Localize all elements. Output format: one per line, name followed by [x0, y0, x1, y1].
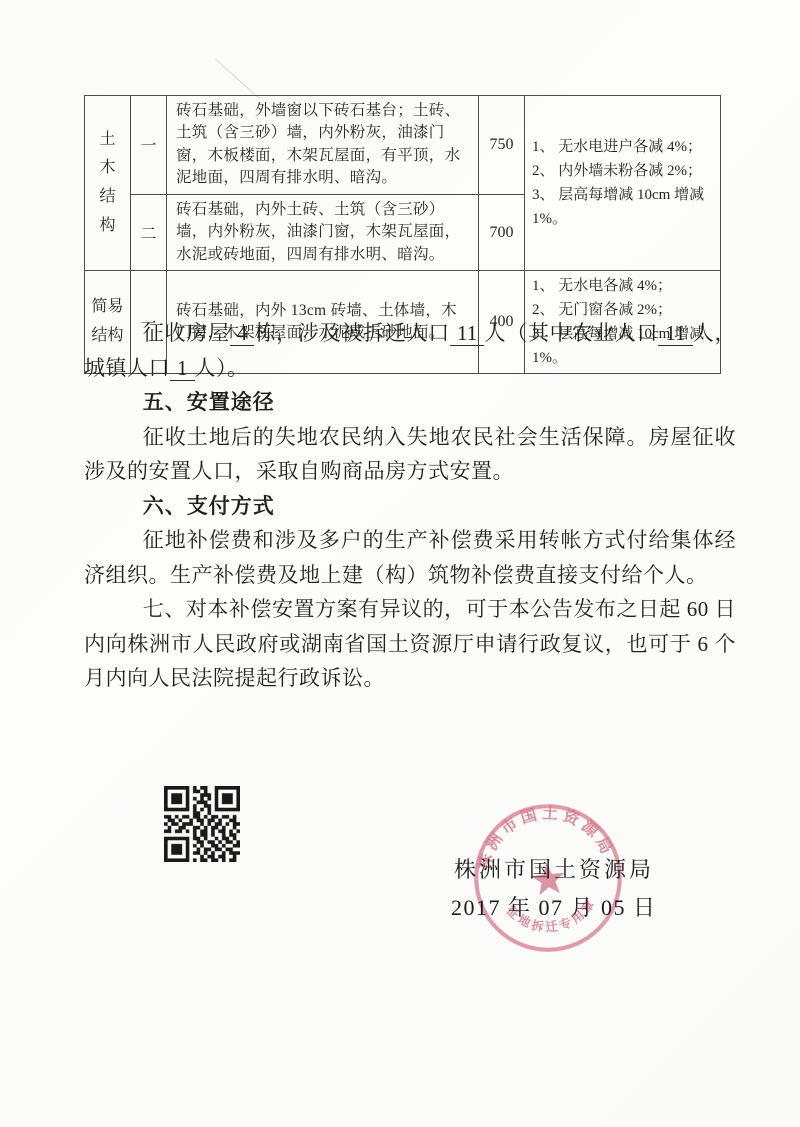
cell-description: 砖石基础，外墙窗以下砖石基台；土砖、土筑（含三砂）墙，内外粉灰，油漆门窗，木板楼…	[167, 96, 479, 195]
cell-category-tumu: 土木结构	[85, 96, 131, 271]
note-line: 2、 内外墙未粉各减 2%；	[532, 159, 713, 183]
qr-code-icon	[164, 786, 240, 862]
scan-crease-artifact	[215, 59, 259, 99]
underlined-number: 1	[170, 356, 195, 381]
paragraph-payment: 征地补偿费和涉及多户的生产补偿费采用转帐方式付给集体经济组织。生产补偿费及地上建…	[84, 523, 736, 592]
document-page: 土木结构 一 砖石基础，外墙窗以下砖石基台；土砖、土筑（含三砂）墙，内外粉灰，油…	[0, 0, 800, 1127]
heading-section-5: 五、安置途径	[84, 385, 736, 420]
seal-bottom-text: 征地拆迁专用章	[502, 894, 601, 939]
underlined-number: 11	[450, 321, 484, 346]
paragraph-resettlement: 征收土地后的失地农民纳入失地农民社会生活保障。房屋征收涉及的安置人口，采取自购商…	[84, 420, 736, 489]
text-segment: 人（其中农业人口	[484, 321, 658, 345]
text-segment: 栋，涉及被拆迁人口	[254, 321, 450, 345]
cell-index: 二	[131, 194, 167, 270]
underlined-number: 4	[230, 321, 255, 346]
body-text: 征收房屋4栋，涉及被拆迁人口11人（其中农业人口11人，城镇人口1人）。 五、安…	[84, 316, 736, 696]
text-segment: 人）。	[195, 356, 249, 380]
note-line: 1、 无水电进户各减 4%；	[532, 135, 713, 159]
cell-price: 700	[479, 194, 525, 270]
cell-description: 砖石基础，内外土砖、土筑（含三砂）墙，内外粉灰，油漆门窗，木架瓦屋面，水泥或砖地…	[167, 194, 479, 270]
cell-price: 750	[479, 96, 525, 195]
table-row-tumu-1: 土木结构 一 砖石基础，外墙窗以下砖石基台；土砖、土筑（含三砂）墙，内外粉灰，油…	[85, 96, 721, 195]
seal-star-icon	[530, 861, 566, 896]
seal-top-text: 株洲市国土资源局	[469, 796, 618, 874]
category-label: 土木结构	[99, 126, 117, 241]
paragraph-appeal: 七、对本补偿安置方案有异议的，可于本公告发布之日起 60 日内向株洲市人民政府或…	[84, 592, 736, 696]
note-line: 1、 无水电各减 4%；	[532, 274, 713, 298]
heading-section-6: 六、支付方式	[84, 489, 736, 524]
text-segment: 征收房屋	[143, 321, 230, 345]
official-seal: 株洲市国土资源局 征地拆迁专用章	[458, 788, 638, 968]
note-line: 3、 层高每增减 10cm 增减 1%。	[532, 183, 713, 231]
cell-index: 一	[131, 96, 167, 195]
paragraph-housing-count: 征收房屋4栋，涉及被拆迁人口11人（其中农业人口11人，城镇人口1人）。	[84, 316, 736, 385]
underlined-number: 11	[658, 321, 692, 346]
cell-notes-tumu: 1、 无水电进户各减 4%； 2、 内外墙未粉各减 2%； 3、 层高每增减 1…	[525, 96, 721, 271]
